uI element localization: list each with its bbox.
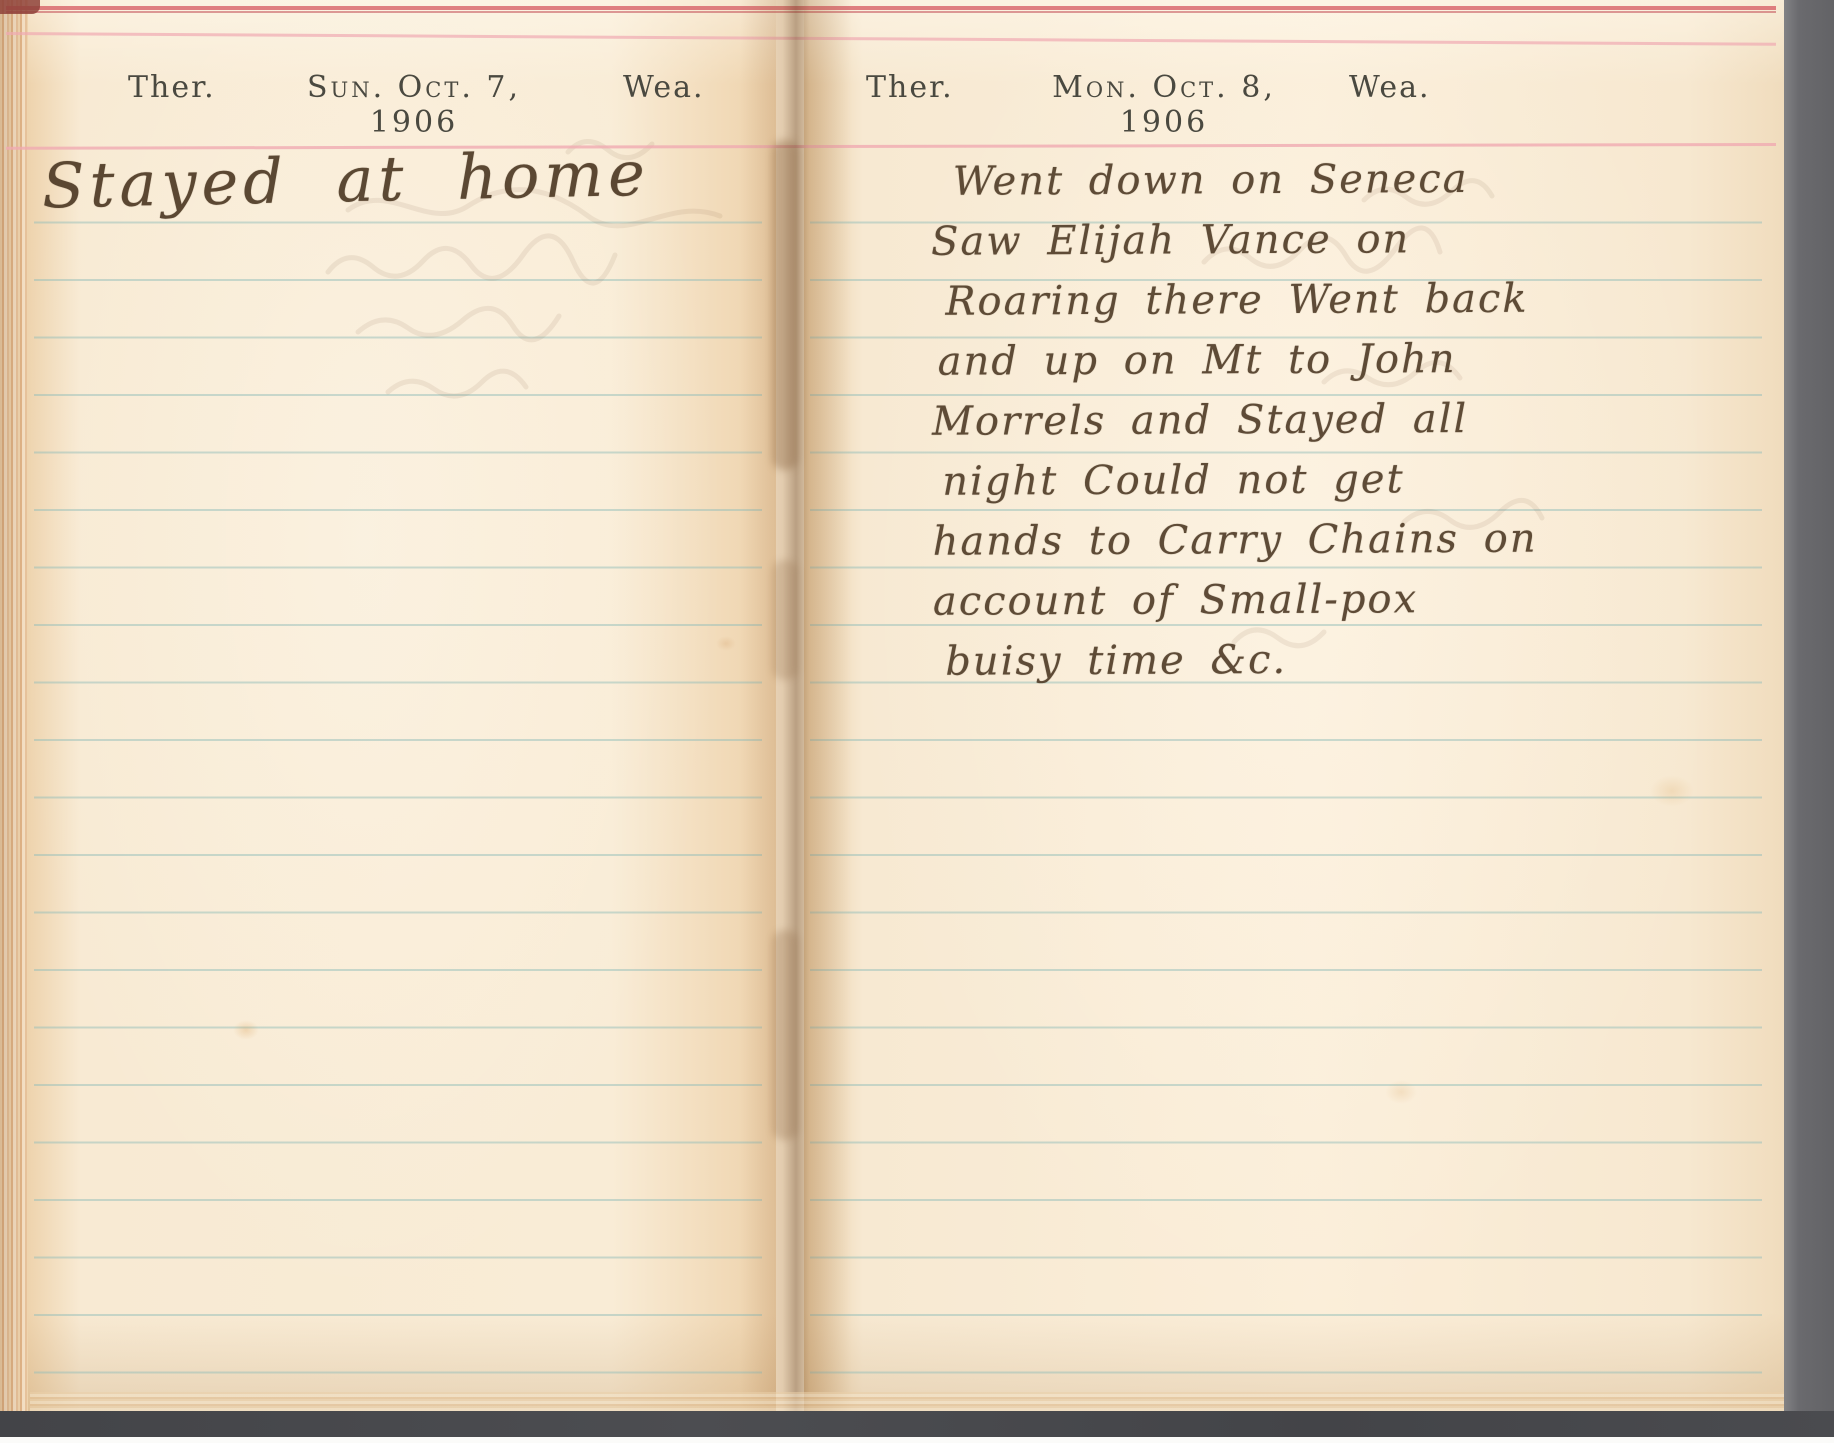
red-top-rule-secondary	[6, 11, 1776, 13]
date-heading-left: Sun. Oct. 7, 1906	[264, 70, 564, 140]
date-heading-right: Mon. Oct. 8, 1906	[1009, 70, 1319, 140]
red-top-rule	[6, 6, 1776, 10]
handwritten-line: hands to Carry Chains on	[932, 508, 1628, 572]
page-header-right: Ther. Mon. Oct. 8, 1906 Wea.	[804, 70, 1784, 112]
handwritten-line: and up on Mt to John	[938, 328, 1628, 392]
handwritten-line: Went down on Seneca	[953, 148, 1627, 212]
wea-label: Wea.	[623, 70, 705, 105]
diary-book-spread: Ther. Sun. Oct. 7, 1906 Wea. Stayed at h…	[0, 0, 1784, 1411]
handwritten-line: Roaring there Went back	[945, 268, 1627, 332]
diary-scan: Ther. Sun. Oct. 7, 1906 Wea. Stayed at h…	[0, 0, 1834, 1443]
page-edges-left	[0, 0, 30, 1411]
handwritten-line: Morrels and Stayed all	[932, 388, 1628, 452]
scanner-background-right	[1784, 0, 1834, 1437]
handwritten-line: buisy time &c.	[945, 628, 1629, 692]
gutter-stain	[772, 930, 798, 1140]
right-page: Ther. Mon. Oct. 8, 1906 Wea. Went down o…	[804, 0, 1784, 1411]
gutter-stain	[772, 560, 798, 680]
ruled-lines	[34, 166, 762, 1380]
diary-entry-right: Went down on Seneca Saw Elijah Vance on …	[927, 148, 1630, 692]
ther-label: Ther.	[128, 70, 216, 105]
ther-label: Ther.	[866, 70, 954, 105]
handwritten-line: night Could not get	[942, 448, 1628, 512]
wea-label: Wea.	[1349, 70, 1431, 105]
gutter-stain	[772, 140, 798, 470]
handwritten-line: Saw Elijah Vance on	[931, 208, 1627, 272]
page-edges-bottom	[30, 1392, 1784, 1411]
handwritten-line: account of Small-pox	[933, 568, 1629, 632]
scanner-background-bottom	[0, 1411, 1834, 1437]
left-page: Ther. Sun. Oct. 7, 1906 Wea. Stayed at h…	[28, 0, 776, 1411]
page-header-left: Ther. Sun. Oct. 7, 1906 Wea.	[28, 70, 776, 112]
corner-mark	[0, 0, 40, 14]
